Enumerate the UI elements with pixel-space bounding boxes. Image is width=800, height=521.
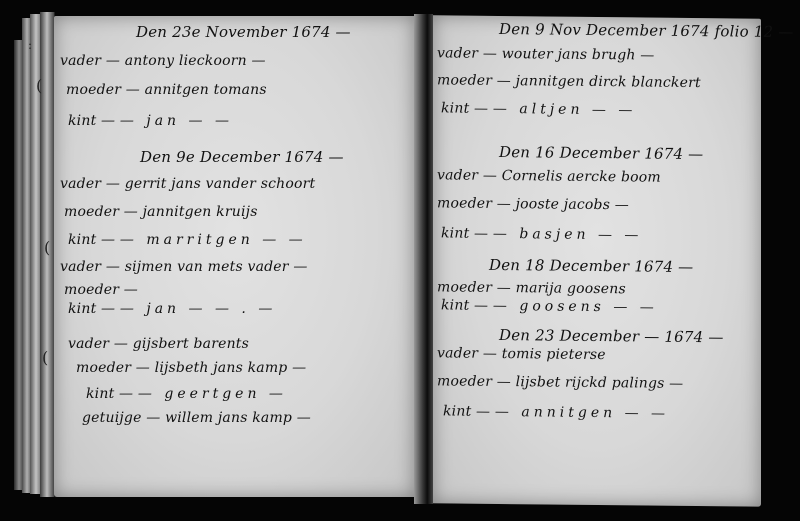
role-label: kint — bbox=[68, 301, 115, 317]
entry-line-moeder: moeder — bbox=[64, 282, 138, 298]
margin-mark: ( bbox=[44, 238, 50, 257]
entry-line-kint: kint — — altjen — — bbox=[441, 100, 636, 118]
person-name: — goosens — — bbox=[493, 298, 658, 316]
person-name: jooste jacobs — bbox=[516, 196, 629, 213]
margin-mark: ( bbox=[42, 348, 48, 367]
person-name: — jan — — bbox=[120, 113, 233, 129]
entry-date-heading: Den 9 Nov December 1674 folio 12 — bbox=[499, 20, 793, 41]
entry-line-vader: vader — wouter jans brugh — bbox=[437, 45, 654, 63]
role-label: kint — bbox=[68, 113, 115, 129]
role-label: vader — bbox=[60, 176, 120, 192]
entry-line-kint: kint — — jan — — bbox=[68, 113, 233, 129]
role-label: moeder — bbox=[64, 282, 138, 298]
entry-line-vader: vader — sijmen van mets vader — bbox=[60, 259, 308, 275]
entry-line-moeder: moeder — lijsbeth jans kamp — bbox=[76, 360, 306, 376]
person-name: — annitgen — — bbox=[495, 404, 669, 422]
margin-mark: ( bbox=[36, 76, 42, 95]
entry-line-vader: vader — antony lieckoorn — bbox=[60, 53, 266, 69]
role-label: vader — bbox=[60, 53, 120, 69]
role-label: kint — bbox=[443, 403, 490, 419]
person-name: jannitgen dirck blanckert bbox=[516, 73, 701, 91]
person-name: marija goosens bbox=[516, 280, 626, 297]
entry-date-heading: Den 9e December 1674 — bbox=[140, 148, 344, 166]
entry-line-kint: kint — — basjen — — bbox=[441, 225, 642, 243]
role-label: vader — bbox=[437, 167, 497, 184]
entry-line-vader: vader — Cornelis aercke boom bbox=[437, 167, 661, 185]
role-label: kint — bbox=[441, 100, 488, 116]
entry-line-vader: vader — gerrit jans vander schoort bbox=[60, 176, 315, 192]
person-name: willem jans kamp — bbox=[165, 410, 311, 426]
entry-line-kint: kint — — geertgen — bbox=[86, 386, 287, 402]
register-entry: Den 9 Nov December 1674 folio 12 — vader… bbox=[433, 15, 761, 18]
entry-line-kint: kint — — marritgen — — bbox=[68, 232, 307, 248]
person-name: gijsbert barents bbox=[133, 336, 249, 352]
role-label: vader — bbox=[437, 345, 497, 362]
entry-line-getuijge: getuijge — willem jans kamp — bbox=[82, 410, 311, 426]
person-name: — jan — — . — bbox=[120, 301, 276, 317]
entry-date-heading: Den 23 December — 1674 — bbox=[499, 326, 724, 346]
entry-line-vader: vader — gijsbert barents bbox=[68, 336, 249, 352]
left-page: : ( ( ( Den 23e November 1674 — vader — … bbox=[54, 16, 414, 497]
person-name: — altjen — — bbox=[493, 101, 636, 119]
register-entry: Den 18 December 1674 — moeder — marija g… bbox=[433, 15, 761, 18]
role-label: moeder — bbox=[437, 373, 511, 390]
person-name: annitgen tomans bbox=[145, 82, 267, 98]
role-label: moeder — bbox=[66, 82, 140, 98]
role-label: vader — bbox=[68, 336, 128, 352]
role-label: vader — bbox=[60, 259, 120, 275]
person-name: lijsbet rijckd palings — bbox=[516, 374, 684, 392]
role-label: moeder — bbox=[437, 279, 511, 296]
margin-mark: : bbox=[28, 38, 32, 52]
role-label: kint — bbox=[441, 297, 488, 313]
entry-line-moeder: moeder — jooste jacobs — bbox=[437, 195, 629, 213]
entry-date-heading: Den 18 December 1674 — bbox=[489, 256, 693, 276]
entry-line-kint: kint — — jan — — . — bbox=[68, 301, 276, 317]
entry-date-heading: Den 23e November 1674 — bbox=[136, 23, 351, 41]
person-name: sijmen van mets vader — bbox=[125, 259, 308, 275]
person-name: gerrit jans vander schoort bbox=[125, 176, 316, 192]
book-gutter bbox=[414, 14, 433, 504]
person-name: Cornelis aercke boom bbox=[502, 168, 661, 186]
entry-line-kint: kint — — annitgen — — bbox=[443, 403, 669, 421]
document-scan: : ( ( ( Den 23e November 1674 — vader — … bbox=[0, 0, 800, 521]
person-name: — geertgen — bbox=[138, 386, 287, 402]
register-entry: Den 16 December 1674 — vader — Cornelis … bbox=[433, 15, 761, 18]
register-entry: Den 23 December — 1674 — vader — tomis p… bbox=[433, 15, 761, 18]
role-label: moeder — bbox=[76, 360, 150, 376]
person-name: wouter jans brugh — bbox=[502, 46, 655, 64]
person-name: jannitgen kruijs bbox=[143, 204, 258, 220]
person-name: — marritgen — — bbox=[120, 232, 307, 248]
entry-line-kint: kint — — goosens — — bbox=[441, 297, 658, 315]
entry-line-moeder: moeder — lijsbet rijckd palings — bbox=[437, 373, 683, 392]
right-page: Den 9 Nov December 1674 folio 12 — vader… bbox=[433, 15, 761, 506]
role-label: moeder — bbox=[437, 195, 511, 212]
role-label: kint — bbox=[68, 232, 115, 248]
role-label: vader — bbox=[437, 45, 497, 62]
person-name: lijsbeth jans kamp — bbox=[155, 360, 307, 376]
role-label: moeder — bbox=[437, 72, 511, 89]
entry-line-moeder: moeder — jannitgen dirck blanckert bbox=[437, 72, 701, 91]
person-name: — basjen — — bbox=[493, 226, 643, 244]
role-label: getuijge — bbox=[82, 410, 160, 426]
person-name: tomis pieterse bbox=[502, 346, 606, 363]
role-label: kint — bbox=[86, 386, 133, 402]
entry-line-moeder: moeder — marija goosens bbox=[437, 279, 626, 297]
entry-line-moeder: moeder — annitgen tomans bbox=[66, 82, 267, 98]
entry-line-moeder: moeder — jannitgen kruijs bbox=[64, 204, 258, 220]
person-name: antony lieckoorn — bbox=[125, 53, 266, 69]
role-label: moeder — bbox=[64, 204, 138, 220]
role-label: kint — bbox=[441, 225, 488, 241]
entry-date-heading: Den 16 December 1674 — bbox=[499, 143, 703, 163]
entry-line-vader: vader — tomis pieterse bbox=[437, 345, 606, 363]
